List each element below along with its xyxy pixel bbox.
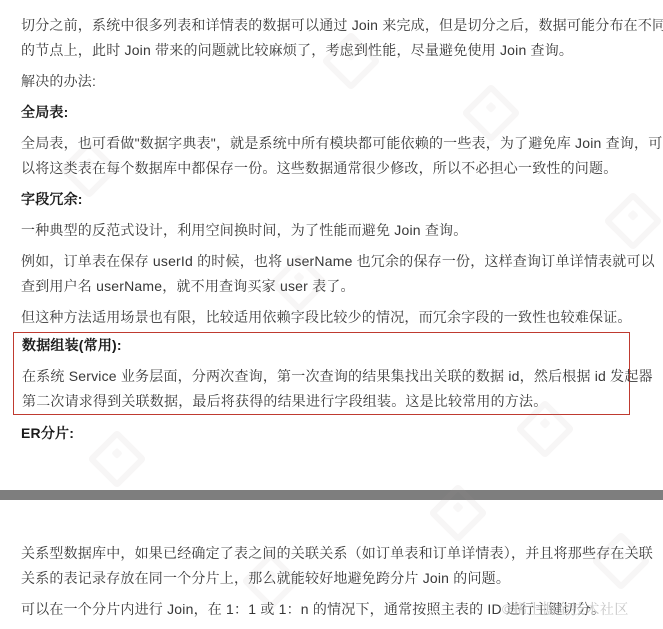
section-heading-global-table: 全局表: [21, 100, 640, 125]
text-line: 关系的表记录存放在同一个分片上，那么就能较好地避免跨分片 Join 的问题。 [21, 566, 640, 591]
heading-text: 字段冗余: [21, 187, 640, 212]
text-line: 以将这类表在每个数据库中都保存一份。这些数据通常很少修改，所以不必担心一致性的问… [21, 156, 640, 181]
paragraph: 例如，订单表在保存 userId 的时候，也将 userName 也冗余的保存一… [21, 249, 640, 299]
heading-text: 数据组装(常用): [22, 333, 621, 358]
page: { "theme": { "background": "#ffffff", "b… [0, 0, 663, 629]
paragraph: 关系型数据库中，如果已经确定了表之间的关联关系（如订单表和订单详情表），并且将那… [21, 541, 640, 591]
section-divider [0, 490, 663, 500]
paragraph: 切分之前，系统中很多列表和详情表的数据可以通过 Join 来完成，但是切分之后，… [21, 13, 640, 63]
section-heading-er-sharding: ER分片: [21, 421, 640, 446]
text-line: 例如，订单表在保存 userId 的时候，也将 userName 也冗余的保存一… [21, 249, 640, 274]
text-line: 关系型数据库中，如果已经确定了表之间的关联关系（如订单表和订单详情表），并且将那… [21, 541, 640, 566]
paragraph: 解决的办法: [21, 69, 640, 94]
site-watermark-text: ©稀土掘金技术社区 [502, 599, 629, 619]
text-line: 切分之前，系统中很多列表和详情表的数据可以通过 Join 来完成，但是切分之后，… [21, 13, 640, 38]
text-line: 解决的办法: [21, 69, 640, 94]
text-line: 但这种方法适用场景也有限，比较适用依赖字段比较少的情况，而冗余字段的一致性也较难… [21, 305, 640, 330]
text-line: 的节点上，此时 Join 带来的问题就比较麻烦了，考虑到性能，尽量避免使用 Jo… [21, 38, 640, 63]
section-heading-data-assembly: 数据组装(常用): [22, 333, 621, 358]
text-line: 在系统 Service 业务层面，分两次查询，第一次查询的结果集找出关联的数据 … [22, 364, 621, 389]
section-heading-field-redundancy: 字段冗余: [21, 187, 640, 212]
paragraph: 全局表，也可看做"数据字典表"，就是系统中所有模块都可能依赖的一些表，为了避免库… [21, 131, 640, 181]
text-line: 全局表，也可看做"数据字典表"，就是系统中所有模块都可能依赖的一些表，为了避免库… [21, 131, 640, 156]
text-line: 第二次请求得到关联数据，最后将获得的结果进行字段组装。这是比较常用的方法。 [22, 389, 621, 414]
paragraph: 在系统 Service 业务层面，分两次查询，第一次查询的结果集找出关联的数据 … [22, 364, 621, 414]
text-line: 一种典型的反范式设计，利用空间换时间，为了性能而避免 Join 查询。 [21, 218, 640, 243]
text-line: 查到用户名 userName，就不用查询买家 user 表了。 [21, 274, 640, 299]
heading-text: ER分片: [21, 421, 640, 446]
paragraph: 一种典型的反范式设计，利用空间换时间，为了性能而避免 Join 查询。 [21, 218, 640, 243]
highlight-box: 数据组装(常用): 在系统 Service 业务层面，分两次查询，第一次查询的结… [13, 332, 630, 415]
heading-text: 全局表: [21, 100, 640, 125]
paragraph: 但这种方法适用场景也有限，比较适用依赖字段比较少的情况，而冗余字段的一致性也较难… [21, 305, 640, 330]
article-body: 切分之前，系统中很多列表和详情表的数据可以通过 Join 来完成，但是切分之后，… [21, 13, 640, 622]
